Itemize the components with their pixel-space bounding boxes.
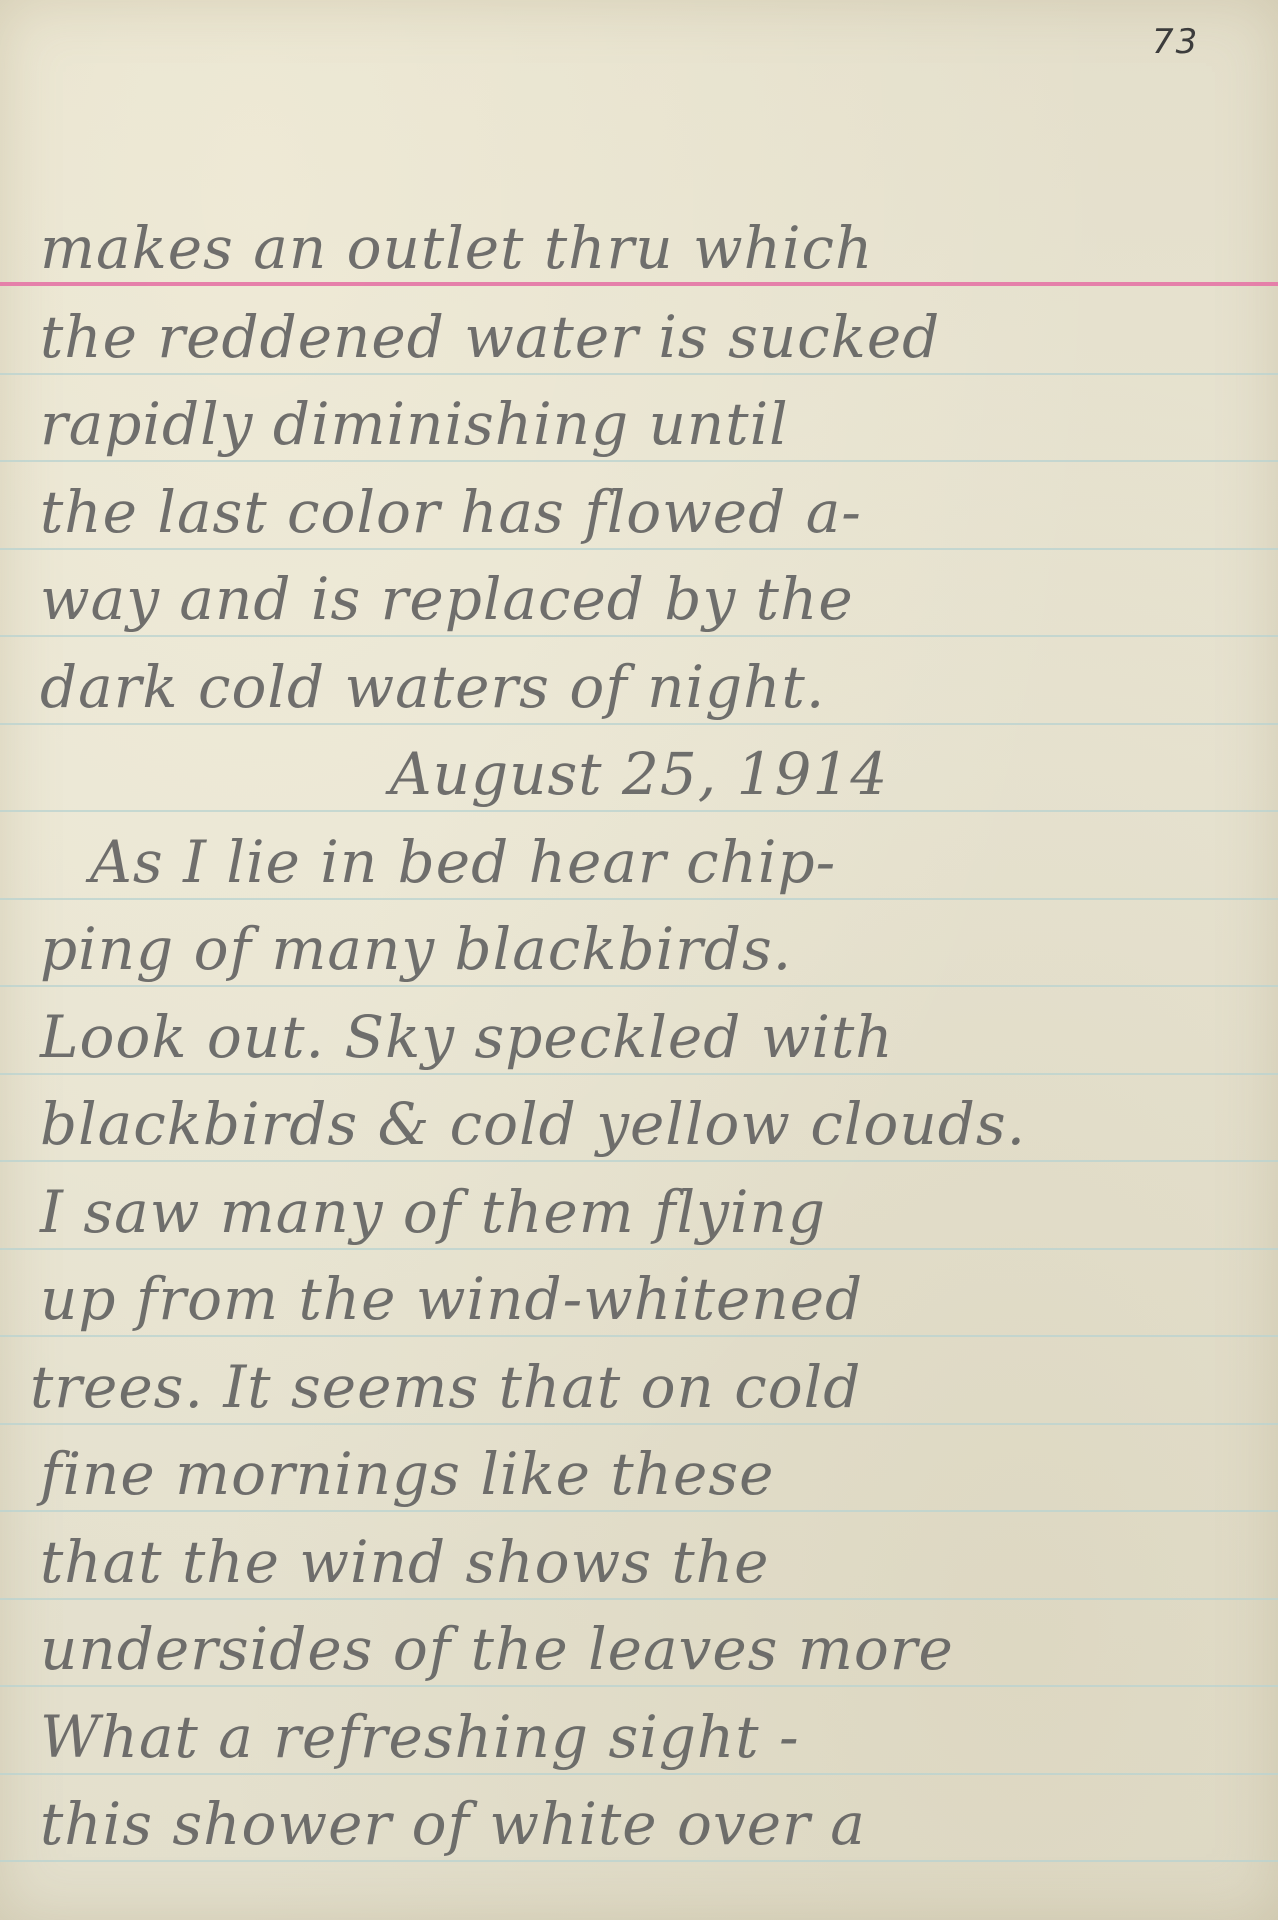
journal-line: ping of many blackbirds. [40,909,1270,989]
journal-line: dark cold waters of night. [40,647,1270,727]
journal-line: fine mornings like these [40,1434,1270,1514]
journal-line: What a refreshing sight - [40,1697,1270,1777]
journal-line: rapidly diminishing until [40,384,1270,464]
journal-line: As I lie in bed hear chip- [90,822,1278,902]
journal-line: up from the wind-whitened [40,1259,1270,1339]
journal-line: way and is replaced by the [40,559,1270,639]
journal-line: that the wind shows the [40,1522,1270,1602]
notebook-page: 73 makes an outlet thru which the redden… [0,0,1278,1920]
journal-line: trees. It seems that on cold [30,1347,1260,1427]
journal-line: I saw many of them flying [40,1172,1270,1252]
journal-line: this shower of white over a [40,1784,1270,1864]
journal-line: blackbirds & cold yellow clouds. [40,1084,1270,1164]
journal-line: the last color has flowed a- [40,472,1270,552]
journal-line: makes an outlet thru which [40,208,1270,288]
journal-line: Look out. Sky speckled with [40,997,1270,1077]
journal-line: undersides of the leaves more [40,1609,1270,1689]
journal-line: the reddened water is sucked [40,297,1270,377]
entry-date-heading: August 25, 1914 [0,734,1278,814]
